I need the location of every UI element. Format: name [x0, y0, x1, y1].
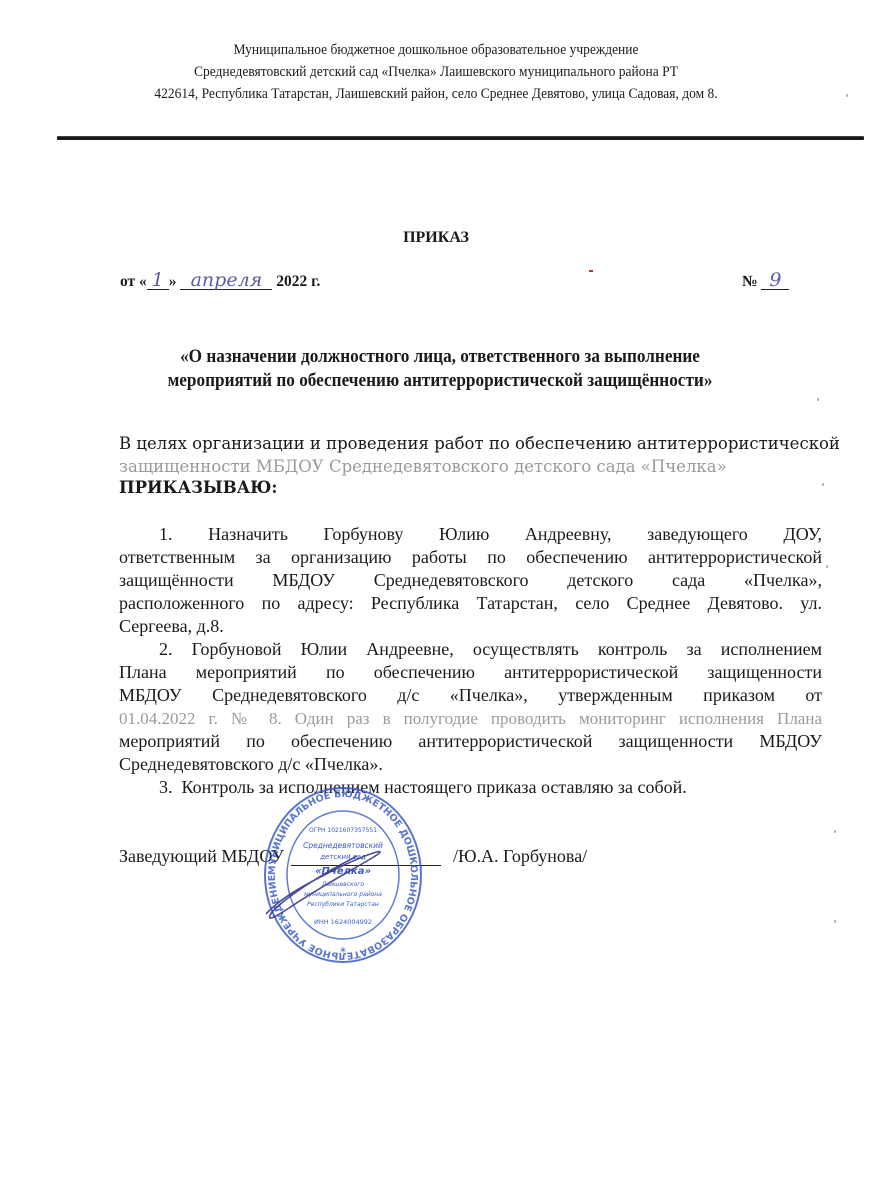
date-mid: »: [169, 273, 177, 290]
date-month-handwritten: апреля: [180, 271, 272, 290]
letterhead-line-2: Среднедевятовский детский сад «Пчелка» Л…: [44, 64, 829, 81]
item-number: 3.: [159, 777, 173, 797]
item-1-line-1: 1. Назначить Горбунову Юлию Андреевну, з…: [119, 523, 822, 546]
letterhead-line-1: Муниципальное бюджетное дошкольное образ…: [44, 42, 829, 59]
item-2-line-2: Плана мероприятий по обеспечению антитер…: [119, 661, 822, 684]
item-number: 2.: [159, 639, 173, 659]
svg-text:Республики Татарстан: Республики Татарстан: [307, 901, 379, 908]
item-1-line-4: расположенного по адресу: Республика Тат…: [119, 592, 822, 615]
date-year: 2022 г.: [276, 273, 320, 290]
item-2-line-4: 01.04.2022 г. № 8. Один раз в полугодие …: [119, 707, 822, 730]
item-2-line-3: МБДОУ Среднедевятовского д/с «Пчелка», у…: [119, 684, 822, 707]
preamble-line-2: защищенности МБДОУ Среднедевятовского де…: [119, 455, 822, 478]
order-number: № 9: [742, 271, 789, 291]
document-title: ПРИКАЗ: [0, 229, 872, 247]
item-text: Назначить Горбунову Юлию Андреевну, заве…: [208, 524, 822, 544]
number-label: №: [742, 273, 758, 290]
directive-heading: ПРИКАЗЫВАЮ:: [119, 476, 822, 499]
scan-speck: [834, 920, 836, 923]
date-prefix: от «: [120, 273, 147, 290]
svg-text:*: *: [340, 945, 346, 959]
preamble-line-1: В целях организации и проведения работ п…: [119, 432, 822, 455]
svg-text:муниципального района: муниципального района: [304, 891, 382, 898]
scan-speck: [846, 94, 848, 97]
item-1-line-2: ответственным за организацию работы по о…: [119, 546, 822, 569]
item-text: Горбуновой Юлии Андреевне, осуществлять …: [192, 639, 822, 659]
letterhead-divider: [57, 136, 864, 140]
item-1-line-3: защищённости МБДОУ Среднедевятовского де…: [119, 569, 822, 592]
svg-text:Среднедевятовский: Среднедевятовский: [303, 841, 383, 850]
item-2-line-5: мероприятий по обеспечению антитеррорист…: [119, 730, 822, 753]
letterhead-address: 422614, Республика Татарстан, Лаишевский…: [44, 86, 829, 103]
order-subject: «О назначении должностного лица, ответст…: [124, 345, 756, 393]
scan-speck: [817, 398, 819, 401]
item-2-line-1: 2. Горбуновой Юлии Андреевне, осуществля…: [119, 638, 822, 661]
svg-text:ИНН 1624004992: ИНН 1624004992: [314, 918, 372, 926]
official-stamp-icon: МУНИЦИПАЛЬНОЕ БЮДЖЕТНОЕ ДОШКОЛЬНОЕ ОБРАЗ…: [262, 786, 424, 964]
svg-text:детский сад: детский сад: [319, 853, 366, 861]
date-day-handwritten: 1: [147, 271, 169, 290]
number-handwritten: 9: [761, 271, 789, 290]
item-3-line-1: 3. Контроль за исполнением настоящего пр…: [119, 776, 822, 799]
order-date: от «1» апреля 2022 г.: [120, 271, 320, 291]
svg-text:ОГРН 1021607357551: ОГРН 1021607357551: [309, 827, 377, 834]
scan-speck: [826, 565, 828, 568]
item-text: Контроль за исполнением настоящего прика…: [182, 777, 687, 797]
item-number: 1.: [159, 524, 173, 544]
subject-line-2: мероприятий по обеспечению антитеррорист…: [124, 369, 756, 393]
scan-speck: [822, 483, 824, 486]
item-2-line-6: Среднедевятовского д/с «Пчелка».: [119, 753, 822, 776]
signatory-name: /Ю.А. Горбунова/: [453, 845, 653, 868]
scan-speck: [834, 830, 836, 833]
subject-line-1: «О назначении должностного лица, ответст…: [124, 345, 756, 369]
red-speck-mark: [589, 270, 593, 272]
item-1-line-5: Сергеева, д.8.: [119, 615, 822, 638]
